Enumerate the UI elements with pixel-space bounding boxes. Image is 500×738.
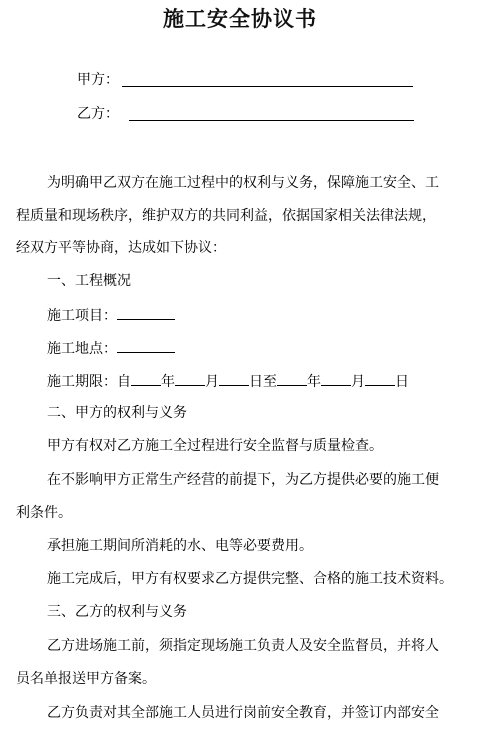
section-3-item-1-line-1: 乙方进场施工前，须指定现场施工负责人及安全监督员，并将人 bbox=[47, 636, 439, 656]
party-a-row: 甲方： bbox=[77, 70, 417, 90]
section-2-item-4: 施工完成后，甲方有权要求乙方提供完整、合格的施工技术资料。 bbox=[47, 569, 453, 589]
party-b-row: 乙方： bbox=[77, 104, 417, 124]
end-year-unit: 年 bbox=[307, 374, 321, 390]
section-2-heading: 二、甲方的权利与义务 bbox=[47, 403, 187, 423]
section-1-heading: 一、工程概况 bbox=[47, 271, 131, 291]
start-day-unit: 日至 bbox=[249, 374, 277, 390]
intro-line-1: 为明确甲乙双方在施工过程中的权利与义务，保障施工安全、工 bbox=[47, 173, 439, 193]
section-2-item-2-line-1: 在不影响甲方正常生产经营的前提下，为乙方提供必要的施工便 bbox=[47, 470, 439, 490]
start-year-unit: 年 bbox=[161, 374, 175, 390]
location-label: 施工地点： bbox=[47, 341, 117, 357]
section-3-item-2-line-1: 乙方负责对其全部施工人员进行岗前安全教育，并签订内部安全 bbox=[47, 703, 439, 723]
start-month-blank[interactable] bbox=[175, 371, 205, 386]
end-day-unit: 日 bbox=[395, 374, 409, 390]
period-from: 自 bbox=[117, 374, 131, 390]
section-2-item-2-line-2: 利条件。 bbox=[16, 503, 72, 523]
document-title: 施工安全协议书 bbox=[0, 3, 480, 33]
party-b-blank-line[interactable] bbox=[129, 120, 414, 121]
period-row: 施工期限：自年月日至年月日 bbox=[47, 371, 409, 391]
party-a-label: 甲方： bbox=[77, 70, 119, 90]
section-2-item-3: 承担施工期间所消耗的水、电等必要费用。 bbox=[47, 536, 313, 556]
section-3-item-1-line-2: 员名单报送甲方备案。 bbox=[16, 669, 156, 689]
party-b-label: 乙方： bbox=[77, 104, 119, 124]
end-month-unit: 月 bbox=[351, 374, 365, 390]
period-label: 施工期限： bbox=[47, 374, 117, 390]
intro-line-2: 程质量和现场秩序，维护双方的共同利益，依据国家相关法律法规， bbox=[16, 206, 436, 226]
section-3-heading: 三、乙方的权利与义务 bbox=[47, 602, 187, 622]
intro-line-3: 经双方平等协商，达成如下协议： bbox=[16, 238, 226, 258]
end-year-blank[interactable] bbox=[277, 371, 307, 386]
end-month-blank[interactable] bbox=[321, 371, 351, 386]
location-blank[interactable] bbox=[117, 338, 175, 353]
project-label: 施工项目： bbox=[47, 308, 117, 324]
start-month-unit: 月 bbox=[205, 374, 219, 390]
location-row: 施工地点： bbox=[47, 338, 175, 358]
party-a-blank-line[interactable] bbox=[122, 86, 413, 87]
section-2-item-1: 甲方有权对乙方施工全过程进行安全监督与质量检查。 bbox=[47, 436, 383, 456]
start-day-blank[interactable] bbox=[219, 371, 249, 386]
end-day-blank[interactable] bbox=[365, 371, 395, 386]
project-blank[interactable] bbox=[117, 305, 175, 320]
start-year-blank[interactable] bbox=[131, 371, 161, 386]
project-row: 施工项目： bbox=[47, 305, 175, 325]
